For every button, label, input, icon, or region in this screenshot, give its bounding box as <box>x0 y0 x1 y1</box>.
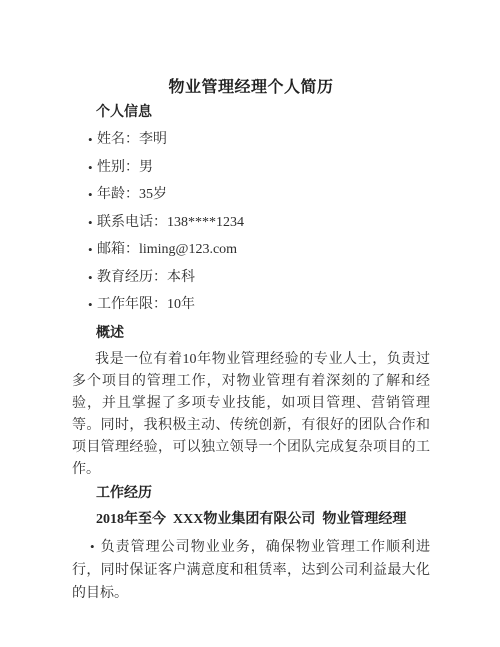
document-title: 物业管理经理个人简历 <box>72 76 430 100</box>
resume-document: 物业管理经理个人简历 个人信息 • 姓名：李明 • 性别：男 • 年龄：35岁 … <box>0 0 500 647</box>
work-entry-bullet-text: 负责管理公司物业业务，确保物业管理工作顺利进行，同时保证客户满意度和租赁率，达到… <box>72 540 430 601</box>
work-entry-title: 2018年至今 XXX物业集团有限公司 物业管理经理 <box>72 507 430 533</box>
list-item-age: • 年龄：35岁 <box>72 181 430 209</box>
list-item-email: • 邮箱：liming@123.com <box>72 236 430 264</box>
section-heading-personal-info: 个人信息 <box>72 100 430 126</box>
list-item-text: 性别：男 <box>97 160 153 175</box>
overview-paragraph: 我是一位有着10年物业管理经验的专业人士，负责过多个项目的管理工作，对物业管理有… <box>72 349 430 481</box>
list-item-text: 邮箱：liming@123.com <box>97 242 237 257</box>
personal-info-list: • 姓名：李明 • 性别：男 • 年龄：35岁 • 联系电话：138****12… <box>72 126 430 319</box>
bullet-icon: • <box>88 154 93 182</box>
list-item-phone: • 联系电话：138****1234 <box>72 209 430 237</box>
bullet-icon: • <box>88 236 93 264</box>
section-heading-overview: 概述 <box>72 321 430 347</box>
list-item-experience-years: • 工作年限：10年 <box>72 291 430 319</box>
bullet-icon: • <box>88 126 93 154</box>
section-heading-work-experience: 工作经历 <box>72 481 430 507</box>
list-item-gender: • 性别：男 <box>72 154 430 182</box>
list-item-text: 工作年限：10年 <box>97 297 195 312</box>
bullet-icon: • <box>88 291 93 319</box>
list-item-text: 姓名：李明 <box>97 132 167 147</box>
bullet-icon: • <box>90 539 95 554</box>
list-item-education: • 教育经历：本科 <box>72 264 430 292</box>
bullet-icon: • <box>88 209 93 237</box>
list-item-text: 年龄：35岁 <box>97 187 167 202</box>
bullet-icon: • <box>88 264 93 292</box>
bullet-icon: • <box>88 181 93 209</box>
work-entry-bullet: •负责管理公司物业业务，确保物业管理工作顺利进行，同时保证客户满意度和租赁率，达… <box>72 535 430 605</box>
list-item-text: 教育经历：本科 <box>97 270 195 285</box>
list-item-text: 联系电话：138****1234 <box>97 215 244 230</box>
list-item-name: • 姓名：李明 <box>72 126 430 154</box>
